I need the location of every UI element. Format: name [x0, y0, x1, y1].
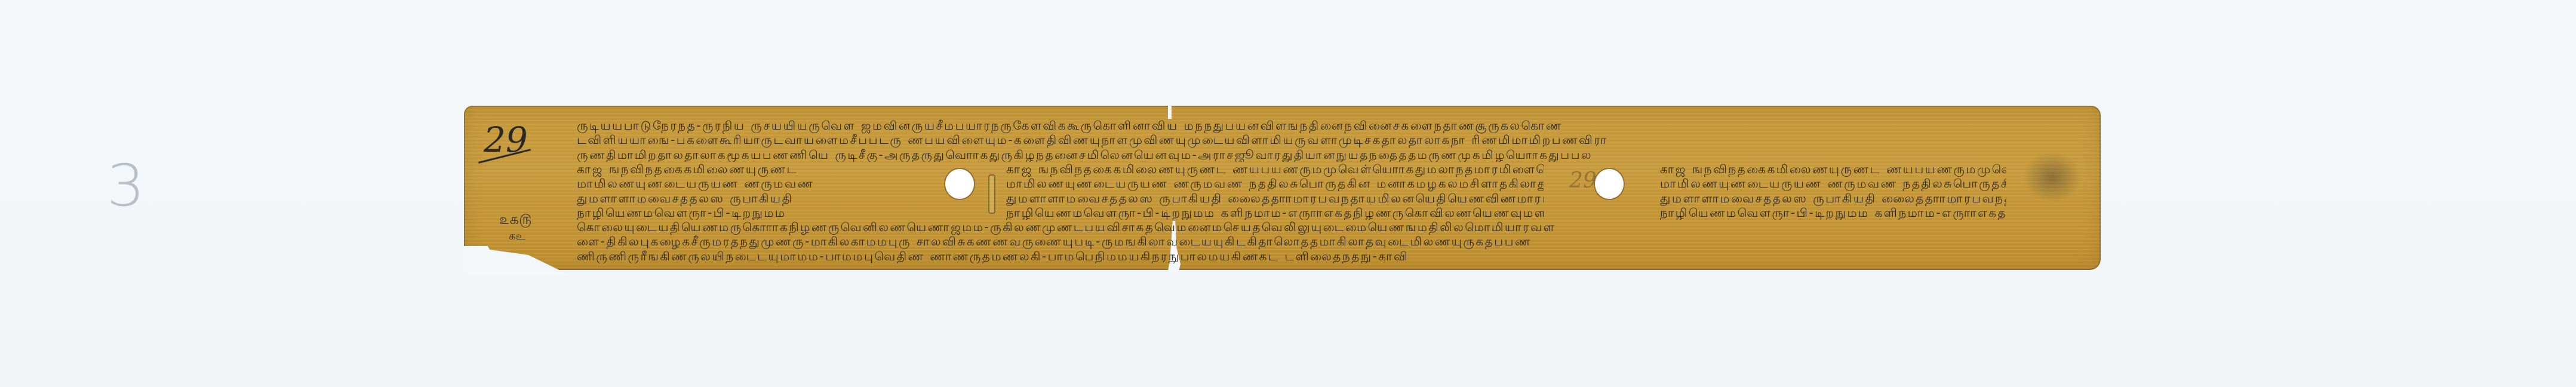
manuscript-text-top: ருடியயபாடுநேரநத-ருரநிய ருசயயியருவெள ஜமவி…	[577, 118, 2082, 162]
text-line: ருணதிமாமிறதாலதாலாகமூகயபணணியெ ருடிசீகு-அர…	[577, 148, 2082, 162]
leaf-nick-top	[1168, 106, 1172, 119]
manuscript-text-bottom: கொலையுடையதியெணமருகொாாகநிழணருவெனிலணயெணாஜம…	[577, 220, 2082, 263]
margin-note-numeral: ௨௧௫	[499, 211, 531, 229]
text-line: ணிருணிருரீஙகிணருலயிநடைடயுமாமம-பாமமபுவெதி…	[577, 249, 2082, 263]
manuscript-text-right-column: காஜ ஙநவிநதகைகமிலைணயுருணட ணயபயணருமமுவெள்ய…	[1660, 162, 2006, 220]
text-line: டவிளியயாஙை-பகளைகூரியாருடவாயளைமசீபபடரு ணப…	[577, 133, 2082, 147]
folio-number: 29	[484, 119, 528, 160]
text-line: மாமிலணயுணடையருயண ணருமவண நததிலசுபொருதகின …	[1660, 176, 2006, 191]
text-line: துமளாளாமவைசததலஸ ருபாகியதி லைைததாாமாரபவநத…	[1006, 191, 1544, 205]
text-line: ருடியயபாடுநேரநத-ருரநிய ருசயயியருவெள ஜமவி…	[577, 118, 2082, 133]
manuscript-text-middle-column: காஜ ஙநவிநதகைகமிலைணயுருணட ணயபயணருமமுவெள்ய…	[1006, 162, 1544, 220]
text-line: துமளாளாமவைசததலஸ ருபாகியதி	[577, 191, 875, 205]
text-line: நாழியெணமவெளருா-பி-டிறநுமம	[577, 205, 875, 220]
margin-note-sub: கஉ	[509, 230, 525, 244]
text-line: மாமிலணயுணடையருயண ணருமவண	[577, 176, 875, 191]
text-line: நாழியெணமவெளருா-பி-டிறநுமம களிநமாம-எருாாஎ…	[1006, 205, 1544, 220]
text-line: காஜ ஙநவிநதகைகமிலைணயுருணட ணயபயணருமமுவெள்ய…	[1006, 162, 1544, 176]
text-line: துமளாளாமவைசததலஸ ருபாகியதி லைைததாாமாரபவநத…	[1660, 191, 2006, 205]
manuscript-text-left-column: காஜ ஙநவிநதகைகமிலைணயுருணட மாமிலணயுணடையருய…	[577, 162, 875, 220]
string-hole-left	[945, 169, 974, 199]
pencil-page-number: 3	[106, 152, 145, 219]
text-line: மாமிலணயுணடையருயண ணருமவண நததிலசுபொருதகின …	[1006, 176, 1544, 191]
text-line: காஜ ஙநவிநதகைகமிலைணயுருணட ணயபயணருமமுவெள்ய…	[1660, 162, 2006, 176]
margin-bracket-mark	[988, 174, 995, 214]
faint-folio-number: 29	[1569, 168, 1597, 193]
string-hole-right	[1595, 169, 1624, 199]
text-line: ளை-திகிலபுகழைகசீருமரதநதுமுணரு-மாகிலகாமமப…	[577, 234, 2082, 248]
text-line: நாழியெணமவெளருா-பி-டிறநுமம களிநமாம-எருாாஎ…	[1660, 205, 2006, 220]
text-line: காஜ ஙநவிநதகைகமிலைணயுருணட	[577, 162, 875, 176]
text-line: கொலையுடையதியெணமருகொாாகநிழணருவெனிலணயெணாஜம…	[577, 220, 2082, 234]
